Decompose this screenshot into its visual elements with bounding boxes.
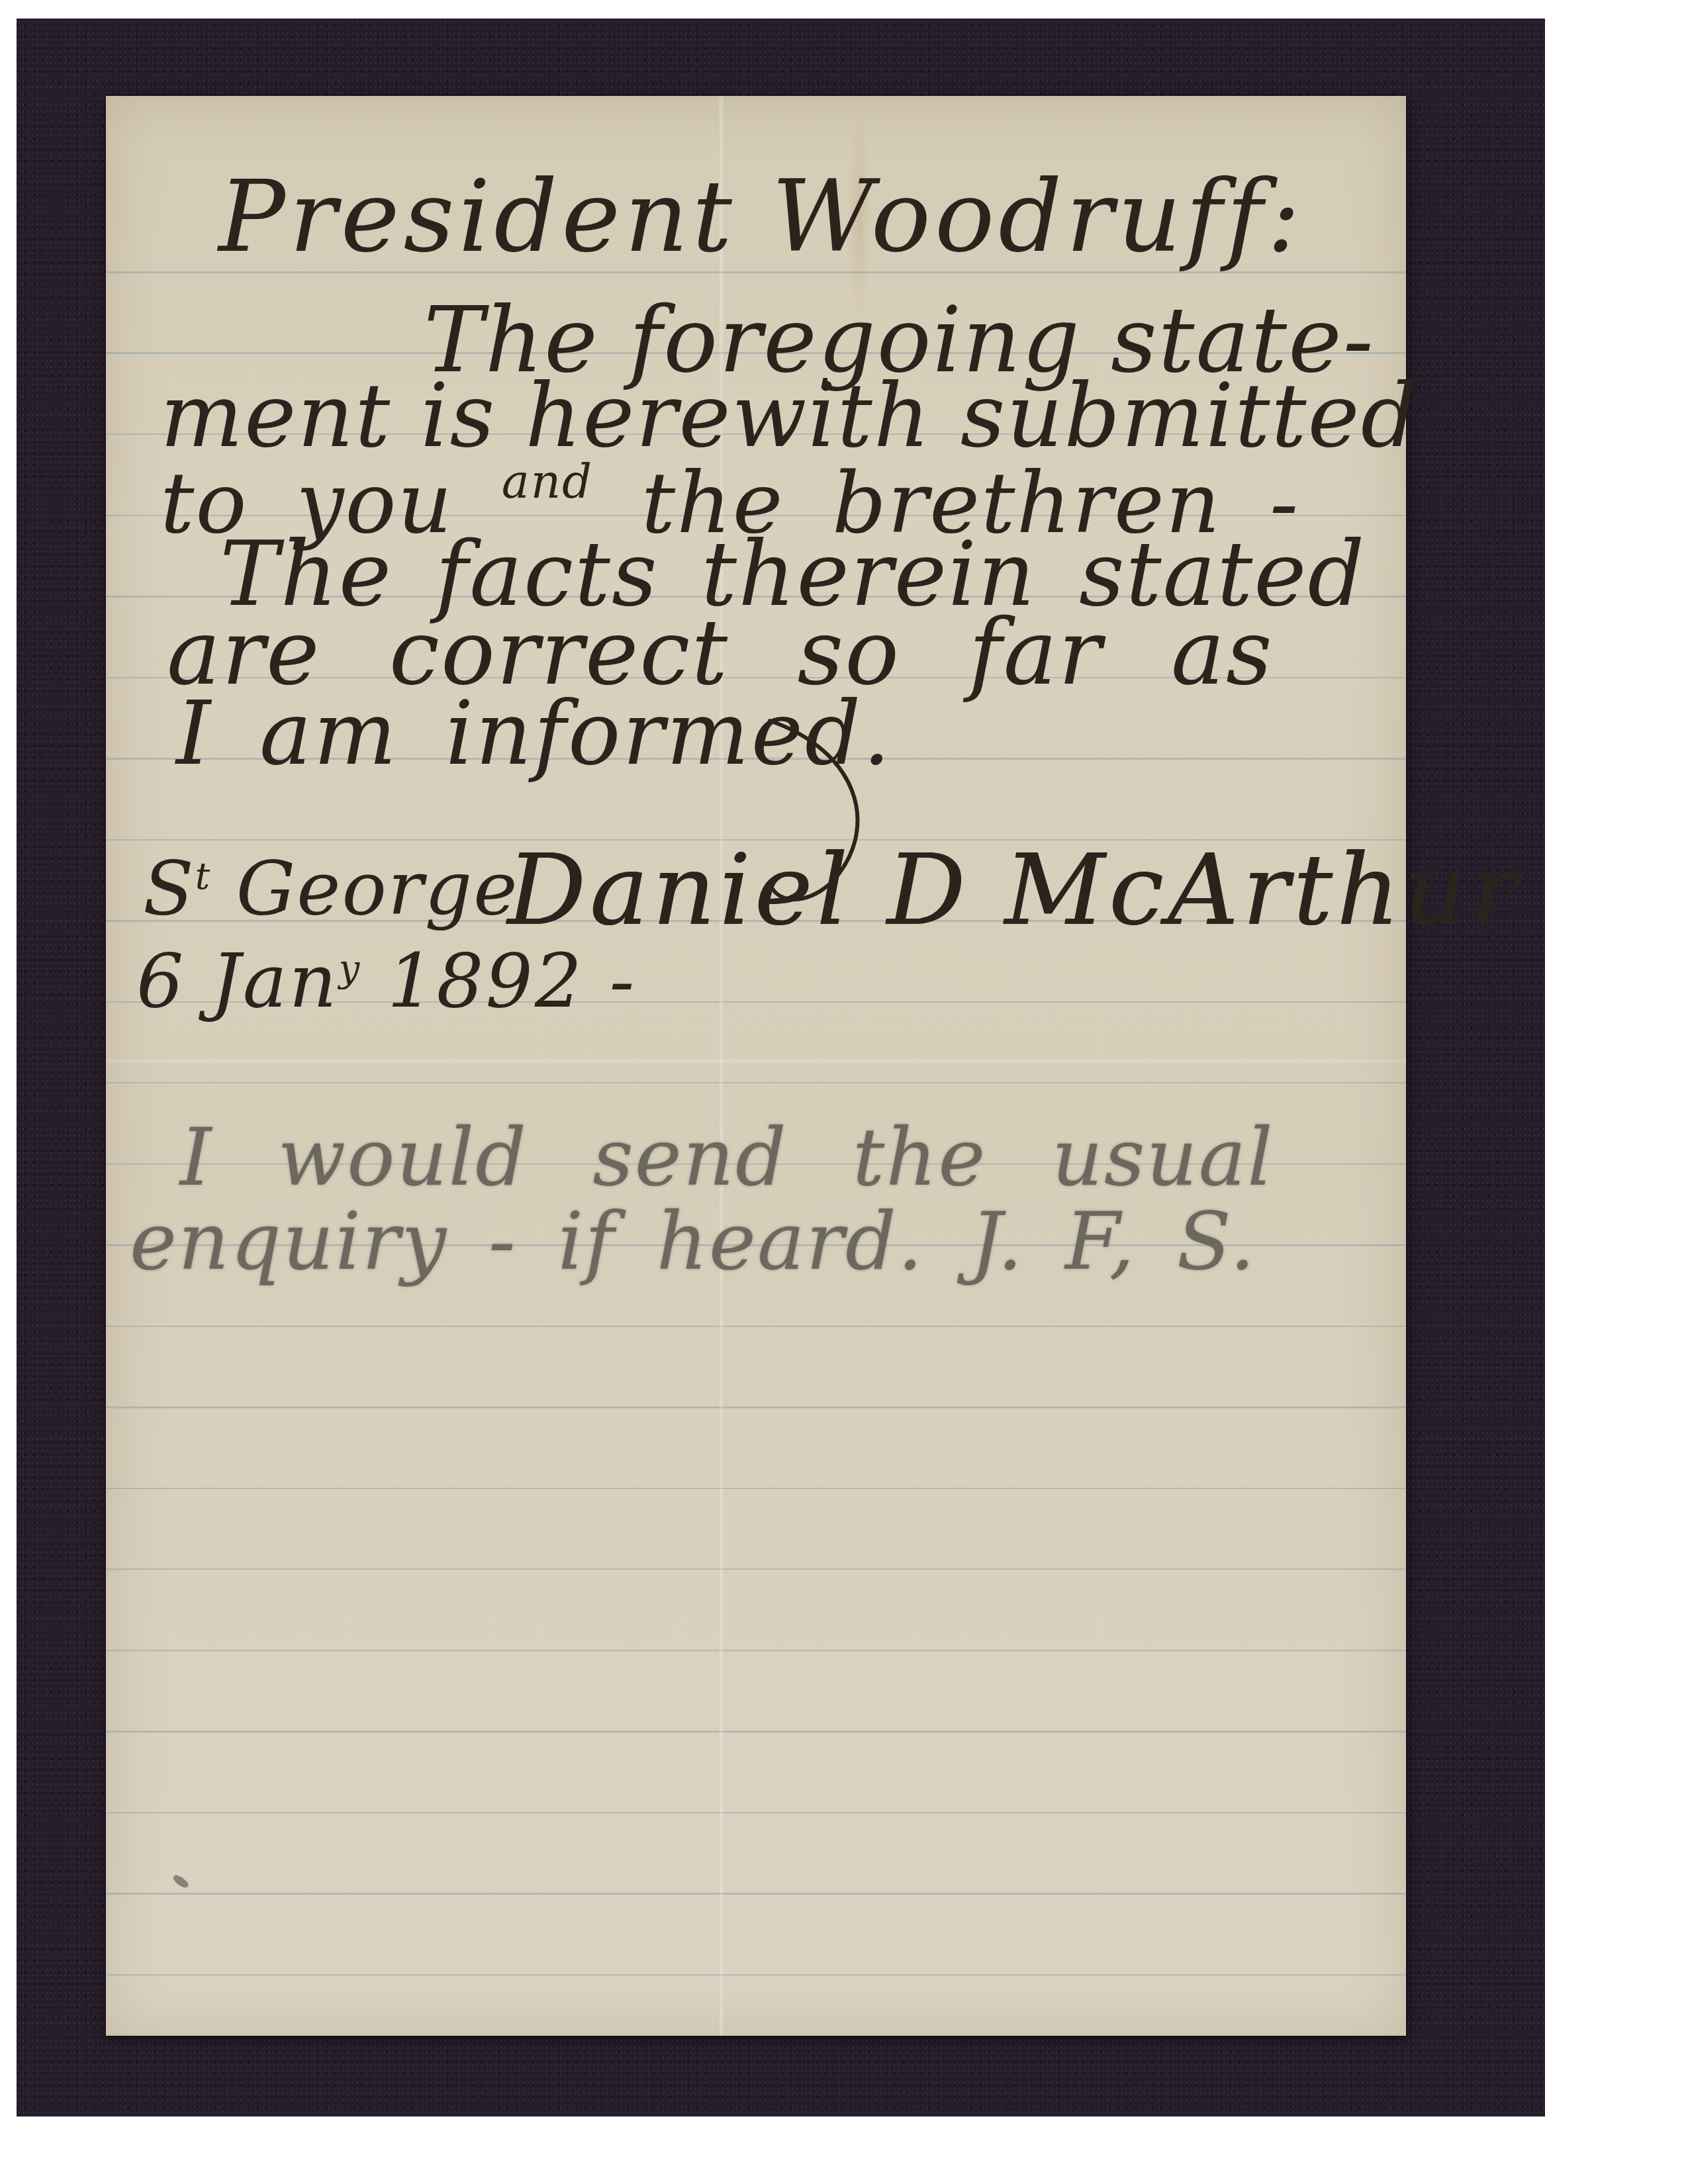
place-superscript: t	[195, 855, 212, 898]
pencil-note-line-2: enquiry - if heard.J. F, S.	[130, 1203, 1256, 1282]
pencil-note-line-1: I would send the usual	[180, 1118, 1274, 1198]
signature: Daniel D McArthur	[507, 841, 1521, 939]
place-rest: George	[236, 846, 519, 932]
body-line-2: ment is herewith submitted	[160, 373, 1418, 460]
letter-paper: President Woodruff: The foregoing state-…	[106, 96, 1406, 2036]
pencil-note-initials: J. F, S.	[970, 1196, 1256, 1288]
salutation-line: President Woodruff:	[218, 167, 1304, 267]
body-line-3-raised-word: and	[502, 459, 593, 505]
horizontal-fold-crease	[106, 1057, 1406, 1065]
date-line: 6 Jany 1892 -	[136, 944, 636, 1019]
place-line: St George	[143, 852, 519, 926]
date-suffix: 1892 -	[387, 938, 636, 1024]
place-prefix: S	[143, 846, 195, 932]
date-prefix: 6 Jan	[136, 938, 339, 1024]
photo-mat-background: President Woodruff: The foregoing state-…	[17, 19, 1545, 2116]
date-superscript: y	[339, 948, 362, 991]
pencil-note-line-2-text: enquiry - if heard.	[130, 1196, 924, 1288]
